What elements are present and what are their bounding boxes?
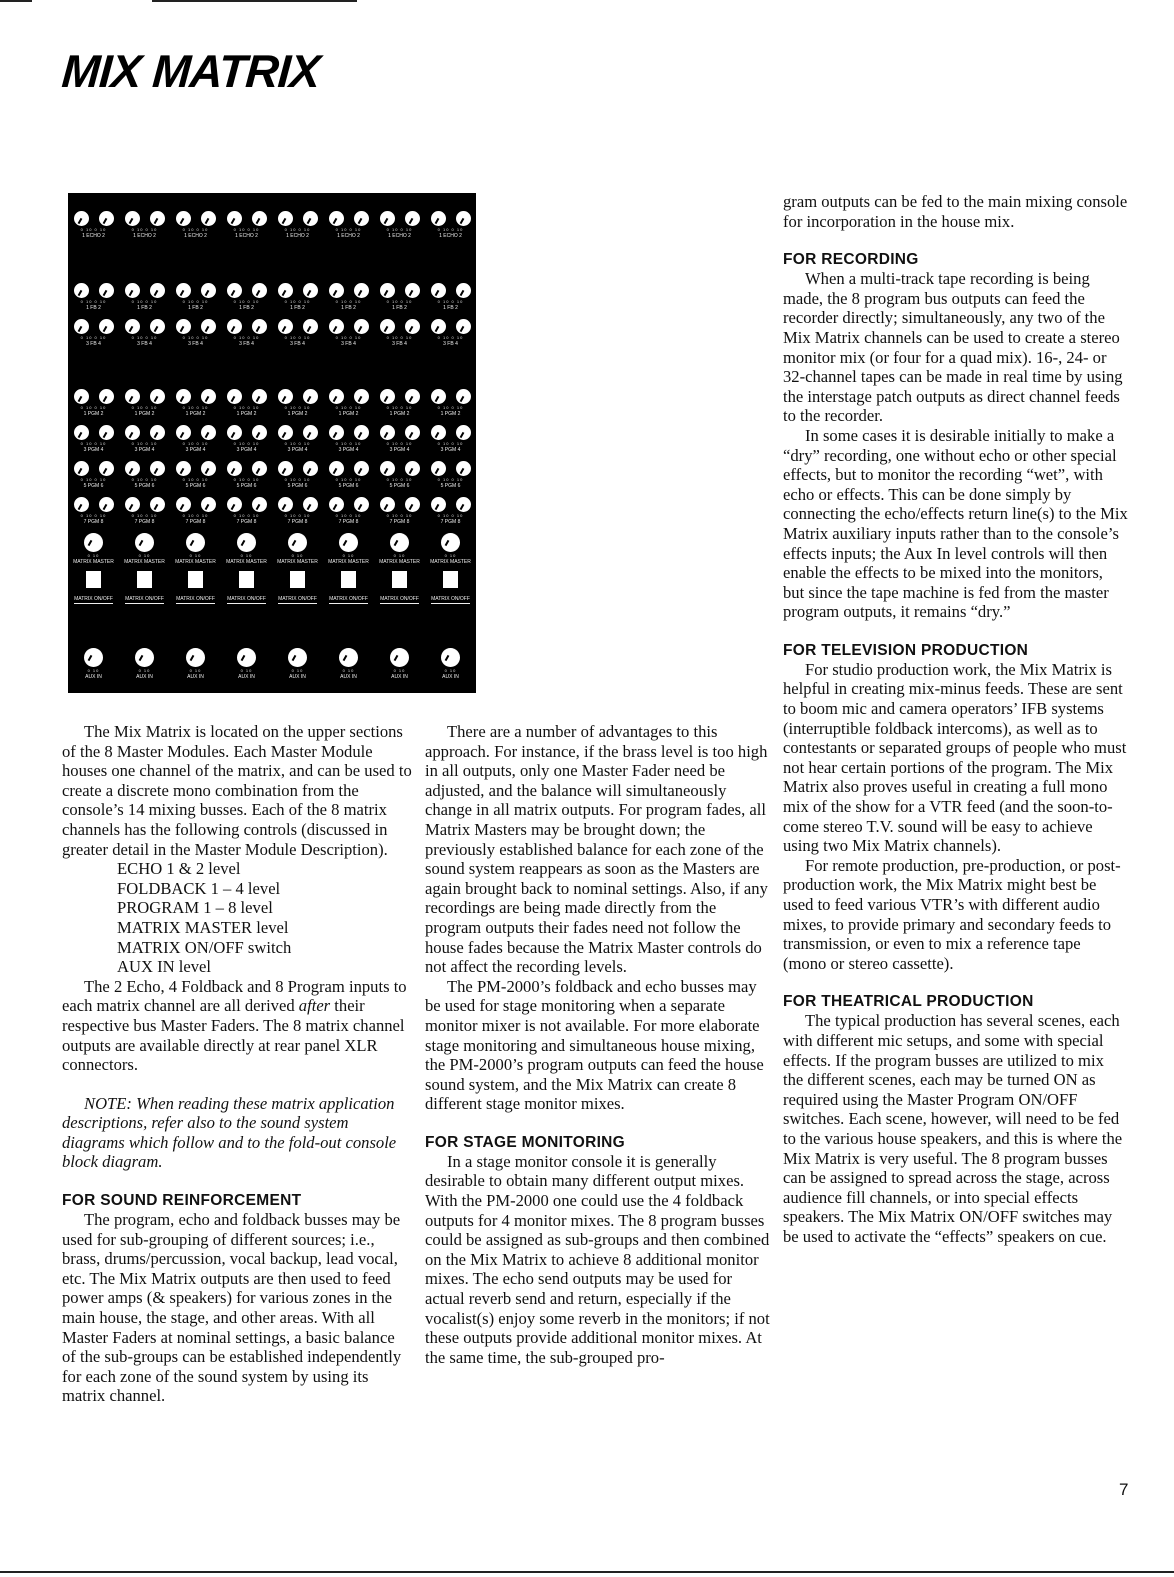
rotary-knob-icon	[74, 389, 89, 404]
panel-row-1-pgm-2: 0 10 0 101 PGM 20 10 0 101 PGM 20 10 0 1…	[68, 389, 476, 417]
rotary-knob-icon	[354, 461, 369, 476]
knob-scale: 0 10 0 10	[336, 441, 362, 446]
knob-scale: 0 10 0 10	[234, 405, 260, 410]
knob-scale: 0 10 0 10	[387, 335, 413, 340]
rotary-knob-icon	[99, 389, 114, 404]
knob-pair: 0 10 0 103 FB 4	[68, 319, 119, 347]
knob-pair: 0 10 0 101 ECHO 2	[272, 211, 323, 239]
rotary-knob-icon	[74, 425, 89, 440]
rotary-knob-icon	[201, 283, 216, 298]
knob-pair: 0 10 0 101 PGM 2	[119, 389, 170, 417]
rotary-knob-icon	[252, 211, 267, 226]
rotary-knob-icon	[390, 648, 409, 667]
knob-scale: 0 10 0 10	[132, 335, 158, 340]
knob-pair: 0 10 0 103 PGM 4	[323, 425, 374, 453]
knob-label: 3 PGM 4	[186, 447, 206, 453]
single-knob: 0 10MATRIX MASTER	[374, 533, 425, 565]
rotary-knob-icon	[456, 425, 471, 440]
continued-paragraph: gram outputs can be fed to the main mixi…	[783, 192, 1128, 231]
inputs-text-emphasis: after	[299, 996, 330, 1015]
rotary-knob-icon	[201, 211, 216, 226]
knob-label: 7 PGM 8	[84, 519, 104, 525]
knob-scale: 0 10	[88, 553, 100, 558]
knob-scale: 0 10	[292, 668, 304, 673]
rotary-knob-icon	[456, 497, 471, 512]
matrix-on-off-switch: MATRIX ON/OFF	[221, 571, 272, 604]
rotary-knob-icon	[405, 319, 420, 334]
knob-scale: 0 10	[292, 553, 304, 558]
knob-label: MATRIX MASTER	[277, 559, 318, 565]
rotary-knob-icon	[354, 283, 369, 298]
knob-scale: 0 10 0 10	[336, 299, 362, 304]
rotary-knob-icon	[201, 389, 216, 404]
knob-label: 5 PGM 6	[237, 483, 257, 489]
knob-pair: 0 10 0 107 PGM 8	[119, 497, 170, 525]
knob-scale: 0 10	[445, 668, 457, 673]
rotary-knob-icon	[227, 497, 242, 512]
rotary-knob-icon	[354, 319, 369, 334]
knob-scale: 0 10 0 10	[285, 299, 311, 304]
knob-label: 3 PGM 4	[288, 447, 308, 453]
knob-label: MATRIX MASTER	[430, 559, 471, 565]
knob-scale: 0 10 0 10	[132, 227, 158, 232]
panel-row-matrix-on-off: MATRIX ON/OFFMATRIX ON/OFFMATRIX ON/OFFM…	[68, 571, 476, 604]
rotary-knob-icon	[405, 211, 420, 226]
matrix-on-off-switch: MATRIX ON/OFF	[170, 571, 221, 604]
rotary-knob-icon	[441, 533, 460, 552]
knob-scale: 0 10 0 10	[81, 477, 107, 482]
knob-label: 5 PGM 6	[186, 483, 206, 489]
knob-label: 3 PGM 4	[390, 447, 410, 453]
switch-label: MATRIX ON/OFF	[431, 596, 470, 604]
knob-scale: 0 10 0 10	[336, 227, 362, 232]
panel-row-aux-in: 0 10AUX IN0 10AUX IN0 10AUX IN0 10AUX IN…	[68, 648, 476, 680]
knob-label: 1 FB 2	[86, 305, 101, 311]
rotary-knob-icon	[303, 211, 318, 226]
knob-pair: 0 10 0 105 PGM 6	[425, 461, 476, 489]
knob-label: 5 PGM 6	[390, 483, 410, 489]
single-knob: 0 10AUX IN	[68, 648, 119, 680]
rotary-knob-icon	[252, 425, 267, 440]
knob-scale: 0 10 0 10	[285, 477, 311, 482]
heading-sound-reinforcement: FOR SOUND REINFORCEMENT	[62, 1191, 412, 1210]
knob-scale: 0 10 0 10	[387, 299, 413, 304]
knob-scale: 0 10 0 10	[285, 405, 311, 410]
knob-pair: 0 10 0 101 ECHO 2	[68, 211, 119, 239]
rotary-knob-icon	[405, 283, 420, 298]
matrix-on-off-switch: MATRIX ON/OFF	[374, 571, 425, 604]
switch-label: MATRIX ON/OFF	[329, 596, 368, 604]
switch-button-icon	[137, 571, 152, 588]
knob-scale: 0 10 0 10	[81, 405, 107, 410]
switch-button-icon	[86, 571, 101, 588]
knob-pair: 0 10 0 107 PGM 8	[425, 497, 476, 525]
rotary-knob-icon	[150, 211, 165, 226]
single-knob: 0 10MATRIX MASTER	[425, 533, 476, 565]
knob-scale: 0 10 0 10	[285, 335, 311, 340]
panel-row-1-echo-2: 0 10 0 101 ECHO 20 10 0 101 ECHO 20 10 0…	[68, 211, 476, 239]
rotary-knob-icon	[84, 648, 103, 667]
knob-label: 3 FB 4	[443, 341, 458, 347]
rotary-knob-icon	[329, 319, 344, 334]
knob-label: 1 PGM 2	[288, 411, 308, 417]
single-knob: 0 10AUX IN	[170, 648, 221, 680]
rotary-knob-icon	[125, 461, 140, 476]
knob-pair: 0 10 0 101 ECHO 2	[323, 211, 374, 239]
knob-pair: 0 10 0 103 PGM 4	[68, 425, 119, 453]
knob-scale: 0 10	[343, 668, 355, 673]
rotary-knob-icon	[329, 389, 344, 404]
knob-label: AUX IN	[289, 674, 306, 680]
knob-scale: 0 10 0 10	[132, 441, 158, 446]
rotary-knob-icon	[441, 648, 460, 667]
knob-label: 7 PGM 8	[237, 519, 257, 525]
knob-label: 3 FB 4	[239, 341, 254, 347]
rotary-knob-icon	[99, 283, 114, 298]
knob-label: 1 PGM 2	[390, 411, 410, 417]
switch-button-icon	[443, 571, 458, 588]
knob-label: AUX IN	[187, 674, 204, 680]
page-title: MIX MATRIX	[60, 44, 321, 98]
rotary-knob-icon	[201, 425, 216, 440]
sound-reinforcement-paragraph: The program, echo and foldback busses ma…	[62, 1210, 412, 1406]
knob-label: AUX IN	[442, 674, 459, 680]
note-paragraph: NOTE: When reading these matrix applicat…	[62, 1094, 412, 1172]
knob-scale: 0 10 0 10	[387, 477, 413, 482]
knob-scale: 0 10 0 10	[387, 405, 413, 410]
knob-pair: 0 10 0 101 FB 2	[119, 283, 170, 311]
knob-scale: 0 10 0 10	[438, 477, 464, 482]
knob-label: 5 PGM 6	[84, 483, 104, 489]
rotary-knob-icon	[176, 497, 191, 512]
knob-pair: 0 10 0 107 PGM 8	[374, 497, 425, 525]
control-item: AUX IN level	[117, 957, 412, 977]
knob-scale: 0 10 0 10	[234, 227, 260, 232]
knob-scale: 0 10 0 10	[81, 441, 107, 446]
rotary-knob-icon	[278, 425, 293, 440]
rotary-knob-icon	[252, 389, 267, 404]
rotary-knob-icon	[339, 648, 358, 667]
intro-paragraph: The Mix Matrix is located on the upper s…	[62, 722, 412, 859]
rotary-knob-icon	[380, 497, 395, 512]
column-1: The Mix Matrix is located on the upper s…	[62, 722, 412, 1406]
rotary-knob-icon	[99, 319, 114, 334]
rotary-knob-icon	[303, 283, 318, 298]
single-knob: 0 10MATRIX MASTER	[221, 533, 272, 565]
rotary-knob-icon	[125, 425, 140, 440]
knob-pair: 0 10 0 103 FB 4	[221, 319, 272, 347]
knob-pair: 0 10 0 101 FB 2	[323, 283, 374, 311]
rotary-knob-icon	[227, 283, 242, 298]
switch-button-icon	[188, 571, 203, 588]
panel-row-1-fb-2: 0 10 0 101 FB 20 10 0 101 FB 20 10 0 101…	[68, 283, 476, 311]
rotary-knob-icon	[278, 497, 293, 512]
knob-scale: 0 10 0 10	[336, 477, 362, 482]
heading-stage-monitoring: FOR STAGE MONITORING	[425, 1133, 775, 1152]
knob-label: 5 PGM 6	[441, 483, 461, 489]
single-knob: 0 10AUX IN	[425, 648, 476, 680]
rotary-knob-icon	[431, 497, 446, 512]
heading-television-production: FOR TELEVISION PRODUCTION	[783, 641, 1128, 660]
controls-list: ECHO 1 & 2 level FOLDBACK 1 – 4 level PR…	[62, 859, 412, 977]
knob-pair: 0 10 0 101 ECHO 2	[221, 211, 272, 239]
rotary-knob-icon	[354, 497, 369, 512]
rotary-knob-icon	[380, 211, 395, 226]
knob-label: MATRIX MASTER	[226, 559, 267, 565]
single-knob: 0 10AUX IN	[272, 648, 323, 680]
knob-pair: 0 10 0 105 PGM 6	[221, 461, 272, 489]
knob-label: 3 FB 4	[290, 341, 305, 347]
knob-label: MATRIX MASTER	[175, 559, 216, 565]
knob-label: 1 FB 2	[290, 305, 305, 311]
rotary-knob-icon	[303, 389, 318, 404]
single-knob: 0 10MATRIX MASTER	[170, 533, 221, 565]
knob-label: 1 ECHO 2	[235, 233, 258, 239]
knob-pair: 0 10 0 103 FB 4	[374, 319, 425, 347]
knob-label: 1 ECHO 2	[388, 233, 411, 239]
knob-label: MATRIX MASTER	[124, 559, 165, 565]
knob-label: 1 ECHO 2	[184, 233, 207, 239]
panel-row-7-pgm-8: 0 10 0 107 PGM 80 10 0 107 PGM 80 10 0 1…	[68, 497, 476, 525]
knob-label: 5 PGM 6	[288, 483, 308, 489]
knob-scale: 0 10	[190, 668, 202, 673]
knob-scale: 0 10 0 10	[81, 227, 107, 232]
knob-scale: 0 10 0 10	[234, 513, 260, 518]
knob-label: 1 PGM 2	[237, 411, 257, 417]
control-item: FOLDBACK 1 – 4 level	[117, 879, 412, 899]
knob-scale: 0 10	[190, 553, 202, 558]
stage-monitoring-paragraph: In a stage monitor console it is general…	[425, 1152, 775, 1368]
knob-label: AUX IN	[85, 674, 102, 680]
panel-row-3-fb-4: 0 10 0 103 FB 40 10 0 103 FB 40 10 0 103…	[68, 319, 476, 347]
rotary-knob-icon	[125, 211, 140, 226]
knob-scale: 0 10 0 10	[387, 441, 413, 446]
knob-scale: 0 10	[139, 553, 151, 558]
bottom-rule	[0, 1571, 1174, 1573]
rotary-knob-icon	[339, 533, 358, 552]
knob-scale: 0 10	[241, 668, 253, 673]
rotary-knob-icon	[303, 497, 318, 512]
rotary-knob-icon	[74, 283, 89, 298]
pm2000-paragraph: The PM-2000’s foldback and echo busses m…	[425, 977, 775, 1114]
knob-scale: 0 10 0 10	[132, 299, 158, 304]
knob-scale: 0 10	[88, 668, 100, 673]
knob-scale: 0 10 0 10	[183, 513, 209, 518]
rotary-knob-icon	[288, 648, 307, 667]
rotary-knob-icon	[329, 425, 344, 440]
rotary-knob-icon	[74, 497, 89, 512]
rotary-knob-icon	[125, 319, 140, 334]
rotary-knob-icon	[125, 283, 140, 298]
knob-label: 1 ECHO 2	[133, 233, 156, 239]
rotary-knob-icon	[380, 461, 395, 476]
rotary-knob-icon	[176, 461, 191, 476]
knob-label: 1 ECHO 2	[337, 233, 360, 239]
knob-label: 3 PGM 4	[237, 447, 257, 453]
knob-scale: 0 10 0 10	[234, 477, 260, 482]
rotary-knob-icon	[150, 389, 165, 404]
rotary-knob-icon	[176, 389, 191, 404]
knob-pair: 0 10 0 101 PGM 2	[374, 389, 425, 417]
single-knob: 0 10AUX IN	[374, 648, 425, 680]
knob-label: 5 PGM 6	[339, 483, 359, 489]
rotary-knob-icon	[431, 211, 446, 226]
rotary-knob-icon	[150, 497, 165, 512]
knob-scale: 0 10 0 10	[285, 227, 311, 232]
rotary-knob-icon	[329, 283, 344, 298]
knob-label: AUX IN	[391, 674, 408, 680]
knob-scale: 0 10 0 10	[387, 227, 413, 232]
knob-scale: 0 10 0 10	[438, 513, 464, 518]
knob-pair: 0 10 0 101 PGM 2	[221, 389, 272, 417]
matrix-on-off-switch: MATRIX ON/OFF	[425, 571, 476, 604]
knob-label: 3 PGM 4	[339, 447, 359, 453]
rotary-knob-icon	[125, 389, 140, 404]
advantages-paragraph: There are a number of advantages to this…	[425, 722, 775, 977]
knob-label: 1 FB 2	[137, 305, 152, 311]
switch-button-icon	[392, 571, 407, 588]
switch-button-icon	[341, 571, 356, 588]
rotary-knob-icon	[252, 461, 267, 476]
rotary-knob-icon	[252, 497, 267, 512]
knob-pair: 0 10 0 105 PGM 6	[323, 461, 374, 489]
switch-label: MATRIX ON/OFF	[278, 596, 317, 604]
rotary-knob-icon	[278, 319, 293, 334]
knob-label: 3 FB 4	[188, 341, 203, 347]
knob-pair: 0 10 0 105 PGM 6	[170, 461, 221, 489]
knob-pair: 0 10 0 101 ECHO 2	[425, 211, 476, 239]
knob-pair: 0 10 0 101 ECHO 2	[374, 211, 425, 239]
knob-pair: 0 10 0 101 FB 2	[374, 283, 425, 311]
knob-pair: 0 10 0 103 FB 4	[323, 319, 374, 347]
knob-scale: 0 10 0 10	[234, 335, 260, 340]
knob-scale: 0 10	[343, 553, 355, 558]
knob-pair: 0 10 0 101 ECHO 2	[170, 211, 221, 239]
single-knob: 0 10MATRIX MASTER	[119, 533, 170, 565]
knob-pair: 0 10 0 101 PGM 2	[170, 389, 221, 417]
control-item: MATRIX MASTER level	[117, 918, 412, 938]
knob-pair: 0 10 0 107 PGM 8	[221, 497, 272, 525]
rotary-knob-icon	[237, 648, 256, 667]
page-number: 7	[1119, 1480, 1128, 1500]
knob-pair: 0 10 0 101 FB 2	[272, 283, 323, 311]
rotary-knob-icon	[278, 461, 293, 476]
rotary-knob-icon	[303, 319, 318, 334]
knob-scale: 0 10 0 10	[183, 405, 209, 410]
rotary-knob-icon	[380, 425, 395, 440]
knob-pair: 0 10 0 103 PGM 4	[425, 425, 476, 453]
rotary-knob-icon	[431, 319, 446, 334]
knob-scale: 0 10 0 10	[81, 513, 107, 518]
switch-label: MATRIX ON/OFF	[74, 596, 113, 604]
knob-pair: 0 10 0 103 FB 4	[425, 319, 476, 347]
rotary-knob-icon	[405, 497, 420, 512]
rotary-knob-icon	[227, 319, 242, 334]
rotary-knob-icon	[405, 461, 420, 476]
rotary-knob-icon	[150, 283, 165, 298]
knob-label: 5 PGM 6	[135, 483, 155, 489]
knob-label: 7 PGM 8	[135, 519, 155, 525]
rotary-knob-icon	[227, 389, 242, 404]
rotary-knob-icon	[431, 389, 446, 404]
panel-row-matrix-master: 0 10MATRIX MASTER0 10MATRIX MASTER0 10MA…	[68, 533, 476, 565]
knob-scale: 0 10	[394, 668, 406, 673]
knob-label: 1 ECHO 2	[82, 233, 105, 239]
theatrical-paragraph: The typical production has several scene…	[783, 1011, 1128, 1246]
control-item: MATRIX ON/OFF switch	[117, 938, 412, 958]
single-knob: 0 10AUX IN	[221, 648, 272, 680]
rotary-knob-icon	[405, 425, 420, 440]
knob-label: 1 PGM 2	[339, 411, 359, 417]
knob-label: 1 ECHO 2	[439, 233, 462, 239]
knob-label: 3 PGM 4	[441, 447, 461, 453]
rotary-knob-icon	[456, 319, 471, 334]
knob-label: 1 PGM 2	[135, 411, 155, 417]
television-paragraph-1: For studio production work, the Mix Matr…	[783, 660, 1128, 856]
knob-scale: 0 10 0 10	[81, 335, 107, 340]
switch-label: MATRIX ON/OFF	[176, 596, 215, 604]
rotary-knob-icon	[431, 425, 446, 440]
rotary-knob-icon	[186, 533, 205, 552]
knob-label: 3 FB 4	[341, 341, 356, 347]
knob-scale: 0 10 0 10	[438, 405, 464, 410]
knob-scale: 0 10 0 10	[438, 335, 464, 340]
knob-scale: 0 10 0 10	[132, 513, 158, 518]
single-knob: 0 10MATRIX MASTER	[272, 533, 323, 565]
rotary-knob-icon	[278, 389, 293, 404]
switch-label: MATRIX ON/OFF	[380, 596, 419, 604]
knob-pair: 0 10 0 101 PGM 2	[272, 389, 323, 417]
knob-scale: 0 10 0 10	[81, 299, 107, 304]
knob-scale: 0 10 0 10	[438, 441, 464, 446]
rotary-knob-icon	[288, 533, 307, 552]
rotary-knob-icon	[186, 648, 205, 667]
knob-scale: 0 10	[139, 668, 151, 673]
rotary-knob-icon	[227, 211, 242, 226]
knob-scale: 0 10 0 10	[234, 299, 260, 304]
top-rule-left	[0, 0, 32, 2]
rotary-knob-icon	[456, 211, 471, 226]
heading-recording: FOR RECORDING	[783, 250, 1128, 269]
knob-pair: 0 10 0 103 PGM 4	[170, 425, 221, 453]
knob-pair: 0 10 0 101 PGM 2	[323, 389, 374, 417]
rotary-knob-icon	[278, 211, 293, 226]
rotary-knob-icon	[252, 283, 267, 298]
rotary-knob-icon	[99, 461, 114, 476]
rotary-knob-icon	[329, 461, 344, 476]
knob-pair: 0 10 0 103 FB 4	[170, 319, 221, 347]
knob-pair: 0 10 0 103 FB 4	[272, 319, 323, 347]
rotary-knob-icon	[456, 389, 471, 404]
rotary-knob-icon	[125, 497, 140, 512]
rotary-knob-icon	[150, 319, 165, 334]
knob-pair: 0 10 0 107 PGM 8	[170, 497, 221, 525]
control-item: ECHO 1 & 2 level	[117, 859, 412, 879]
knob-label: 1 FB 2	[443, 305, 458, 311]
rotary-knob-icon	[150, 425, 165, 440]
knob-pair: 0 10 0 107 PGM 8	[323, 497, 374, 525]
knob-scale: 0 10 0 10	[132, 477, 158, 482]
knob-scale: 0 10	[241, 553, 253, 558]
knob-scale: 0 10	[394, 553, 406, 558]
knob-pair: 0 10 0 101 FB 2	[68, 283, 119, 311]
knob-scale: 0 10 0 10	[438, 299, 464, 304]
knob-label: MATRIX MASTER	[73, 559, 114, 565]
rotary-knob-icon	[150, 461, 165, 476]
rotary-knob-icon	[201, 461, 216, 476]
knob-label: 1 PGM 2	[441, 411, 461, 417]
knob-label: 1 FB 2	[239, 305, 254, 311]
